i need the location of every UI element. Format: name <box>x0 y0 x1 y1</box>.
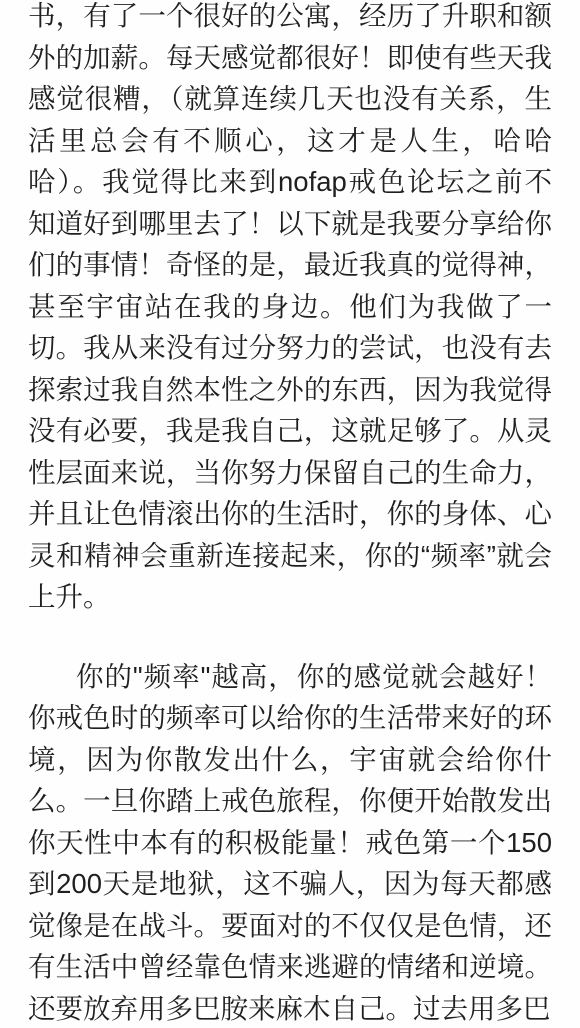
text-line: 书，有了一个很好的公寓，经历了升职和额 <box>28 0 552 37</box>
text-line: 探索过我自然本性之外的东西，因为我觉得 <box>28 369 552 411</box>
text-line: 并且让色情滚出你的生活时，你的身体、心 <box>28 493 552 535</box>
paragraph: 书，有了一个很好的公寓，经历了升职和额外的加薪。每天感觉都很好！即使有些天我感觉… <box>28 0 552 618</box>
text-line: 活里总会有不顺心，这才是人生，哈哈 <box>28 120 552 162</box>
text-line: 你的"频率"越高，你的感觉就会越好！ <box>28 656 552 698</box>
text-line: 你戒色时的频率可以给你的生活带来好的环 <box>28 697 552 739</box>
text-line: 感觉很糟，（就算连续几天也没有关系，生 <box>28 78 552 120</box>
text-line: 么。一旦你踏上戒色旅程，你便开始散发出 <box>28 780 552 822</box>
text-line: 还要放弃用多巴胺来麻木自己。过去用多巴 <box>28 988 552 1028</box>
text-line: 境，因为你散发出什么，宇宙就会给你什 <box>28 739 552 781</box>
text-line: 外的加薪。每天感觉都很好！即使有些天我 <box>28 37 552 79</box>
paragraph: 你的"频率"越高，你的感觉就会越好！你戒色时的频率可以给你的生活带来好的环境，因… <box>28 656 552 1028</box>
text-line: 觉像是在战斗。要面对的不仅仅是色情，还 <box>28 905 552 947</box>
text-line: 性层面来说，当你努力保留自己的生命力， <box>28 452 552 494</box>
text-line: 有生活中曾经靠色情来逃避的情绪和逆境。 <box>28 946 552 988</box>
text-line: 上升。 <box>28 576 552 618</box>
text-line: 灵和精神会重新连接起来，你的“频率”就会 <box>28 535 552 577</box>
text-line: 们的事情！奇怪的是，最近我真的觉得神， <box>28 244 552 286</box>
text-line: 甚至宇宙站在我的身边。他们为我做了一 <box>28 286 552 328</box>
text-line: 知道好到哪里去了！以下就是我要分享给你 <box>28 203 552 245</box>
article-body: 书，有了一个很好的公寓，经历了升职和额外的加薪。每天感觉都很好！即使有些天我感觉… <box>0 0 580 1028</box>
text-line: 你天性中本有的积极能量！戒色第一个150 <box>28 822 552 864</box>
text-line: 切。我从来没有过分努力的尝试，也没有去 <box>28 327 552 369</box>
article-page: 书，有了一个很好的公寓，经历了升职和额外的加薪。每天感觉都很好！即使有些天我感觉… <box>0 0 580 1028</box>
text-line: 没有必要，我是我自己，这就足够了。从灵 <box>28 410 552 452</box>
text-line: 哈）。我觉得比来到nofap戒色论坛之前不 <box>28 161 552 203</box>
text-line: 到200天是地狱，这不骗人，因为每天都感 <box>28 863 552 905</box>
